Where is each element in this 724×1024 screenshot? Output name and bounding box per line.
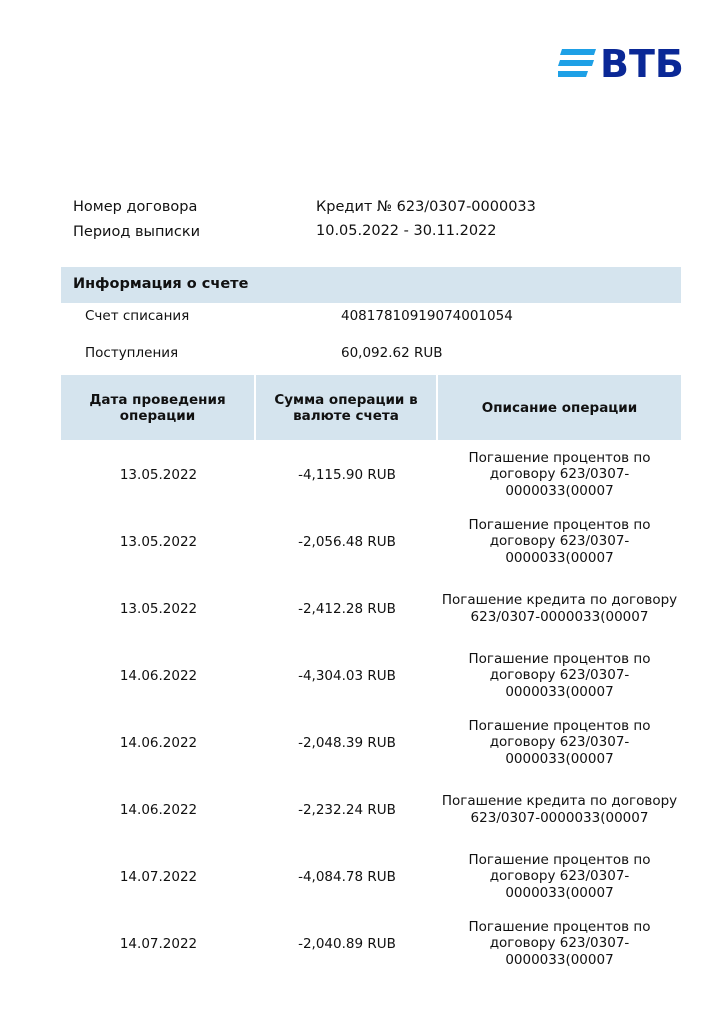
contract-value: Кредит № 623/0307-0000033 — [316, 199, 536, 215]
period-label: Период выписки — [73, 224, 200, 240]
column-header-amount: Сумма операции в валюте счета — [256, 375, 436, 440]
row-amount: -4,304.03 RUB — [256, 668, 438, 684]
receipts-value: 60,092.62 RUB — [341, 345, 443, 361]
row-amount: -2,232.24 RUB — [256, 802, 438, 818]
table-header: Дата проведения операции Сумма операции … — [61, 375, 681, 440]
debit-account-value: 40817810919074001054 — [341, 308, 513, 324]
account-info-title: Информация о счете — [73, 276, 248, 292]
column-header-description: Описание операции — [438, 375, 681, 440]
row-amount: -4,084.78 RUB — [256, 869, 438, 885]
table-row: 13.05.2022-4,115.90 RUBПогашение процент… — [61, 441, 681, 508]
row-description: Погашение процентов по договору 623/0307… — [438, 651, 681, 701]
row-description: Погашение процентов по договору 623/0307… — [438, 852, 681, 902]
row-description: Погашение кредита по договору 623/0307-0… — [438, 793, 681, 826]
row-description: Погашение процентов по договору 623/0307… — [438, 919, 681, 969]
receipts-label: Поступления — [85, 345, 178, 361]
row-date: 14.07.2022 — [61, 869, 256, 885]
table-row: 14.07.2022-2,040.89 RUBПогашение процент… — [61, 910, 681, 977]
row-date: 14.06.2022 — [61, 802, 256, 818]
logo-text: ВТБ — [600, 42, 684, 86]
table-row: 14.06.2022-4,304.03 RUBПогашение процент… — [61, 642, 681, 709]
row-date: 14.06.2022 — [61, 735, 256, 751]
row-amount: -2,048.39 RUB — [256, 735, 438, 751]
contract-label: Номер договора — [73, 199, 197, 215]
transactions-table: 13.05.2022-4,115.90 RUBПогашение процент… — [61, 441, 681, 977]
account-info-section-header: Информация о счете — [61, 267, 681, 303]
row-description: Погашение процентов по договору 623/0307… — [438, 718, 681, 768]
debit-account-label: Счет списания — [85, 308, 189, 324]
row-amount: -2,412.28 RUB — [256, 601, 438, 617]
row-description: Погашение процентов по договору 623/0307… — [438, 450, 681, 500]
row-date: 13.05.2022 — [61, 467, 256, 483]
table-row: 14.06.2022-2,048.39 RUBПогашение процент… — [61, 709, 681, 776]
row-amount: -4,115.90 RUB — [256, 467, 438, 483]
table-row: 13.05.2022-2,056.48 RUBПогашение процент… — [61, 508, 681, 575]
row-amount: -2,040.89 RUB — [256, 936, 438, 952]
table-row: 14.07.2022-4,084.78 RUBПогашение процент… — [61, 843, 681, 910]
row-description: Погашение кредита по договору 623/0307-0… — [438, 592, 681, 625]
table-row: 14.06.2022-2,232.24 RUBПогашение кредита… — [61, 776, 681, 843]
row-date: 13.05.2022 — [61, 601, 256, 617]
row-date: 14.07.2022 — [61, 936, 256, 952]
period-value: 10.05.2022 - 30.11.2022 — [316, 223, 497, 239]
row-description: Погашение процентов по договору 623/0307… — [438, 517, 681, 567]
row-amount: -2,056.48 RUB — [256, 534, 438, 550]
column-header-date: Дата проведения операции — [61, 375, 254, 440]
vtb-stripes-icon — [558, 49, 598, 77]
table-row: 13.05.2022-2,412.28 RUBПогашение кредита… — [61, 575, 681, 642]
vtb-logo: ВТБ — [558, 46, 684, 94]
row-date: 14.06.2022 — [61, 668, 256, 684]
row-date: 13.05.2022 — [61, 534, 256, 550]
